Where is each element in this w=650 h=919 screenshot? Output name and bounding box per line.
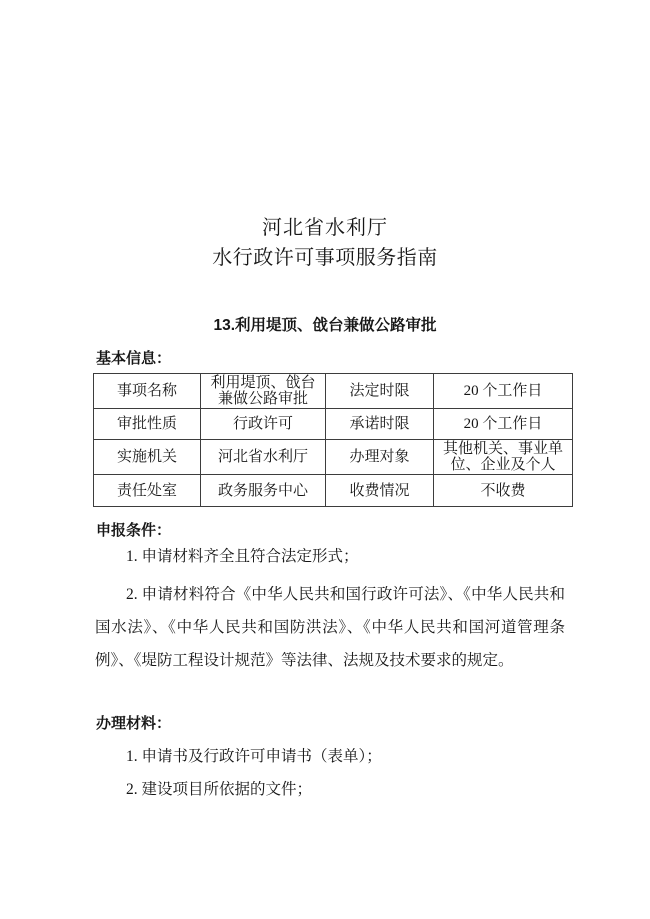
table-value-cell: 20 个工作日 <box>434 409 573 440</box>
table-label-cell: 责任处室 <box>94 475 201 507</box>
table-value-cell: 行政许可 <box>201 409 326 440</box>
table-value-cell: 不收费 <box>434 475 573 507</box>
section-heading-basic-info: 基本信息： <box>96 350 650 368</box>
materials-section: 1. 申请书及行政许可申请书（表单）； 2. 建设项目所依据的文件； <box>95 740 565 806</box>
table-label-cell: 办理对象 <box>326 440 434 475</box>
section-heading-materials: 办理材料： <box>96 715 650 733</box>
document-page: 河北省水利厅 水行政许可事项服务指南 13.利用堤顶、戗台兼做公路审批 基本信息… <box>0 0 650 919</box>
table-label-cell: 承诺时限 <box>326 409 434 440</box>
table-value-cell: 利用堤顶、戗台兼做公路审批 <box>201 374 326 409</box>
table-row: 审批性质 行政许可 承诺时限 20 个工作日 <box>94 409 573 440</box>
table-label-cell: 实施机关 <box>94 440 201 475</box>
material-item: 2. 建设项目所依据的文件； <box>95 773 565 806</box>
material-item: 1. 申请书及行政许可申请书（表单）； <box>95 740 565 773</box>
basic-info-table: 事项名称 利用堤顶、戗台兼做公路审批 法定时限 20 个工作日 审批性质 行政许… <box>93 373 573 507</box>
table-label-cell: 收费情况 <box>326 475 434 507</box>
document-org-title: 河北省水利厅 <box>0 0 650 240</box>
table-row: 责任处室 政务服务中心 收费情况 不收费 <box>94 475 573 507</box>
condition-item: 1. 申请材料齐全且符合法定形式； <box>95 540 565 573</box>
section-heading-conditions: 申报条件： <box>96 522 650 540</box>
conditions-section: 1. 申请材料齐全且符合法定形式； 2. 申请材料符合《中华人民共和国行政许可法… <box>95 540 565 677</box>
table-value-cell: 政务服务中心 <box>201 475 326 507</box>
table-value-cell: 20 个工作日 <box>434 374 573 409</box>
table-row: 实施机关 河北省水利厅 办理对象 其他机关、事业单位、企业及个人 <box>94 440 573 475</box>
table-value-cell: 河北省水利厅 <box>201 440 326 475</box>
table-value-cell: 其他机关、事业单位、企业及个人 <box>434 440 573 475</box>
item-heading: 13.利用堤顶、戗台兼做公路审批 <box>0 317 650 335</box>
condition-item: 2. 申请材料符合《中华人民共和国行政许可法》、《中华人民共和国水法》、《中华人… <box>95 578 565 677</box>
table-label-cell: 审批性质 <box>94 409 201 440</box>
table-label-cell: 事项名称 <box>94 374 201 409</box>
table-row: 事项名称 利用堤顶、戗台兼做公路审批 法定时限 20 个工作日 <box>94 374 573 409</box>
document-title: 水行政许可事项服务指南 <box>0 246 650 270</box>
table-label-cell: 法定时限 <box>326 374 434 409</box>
